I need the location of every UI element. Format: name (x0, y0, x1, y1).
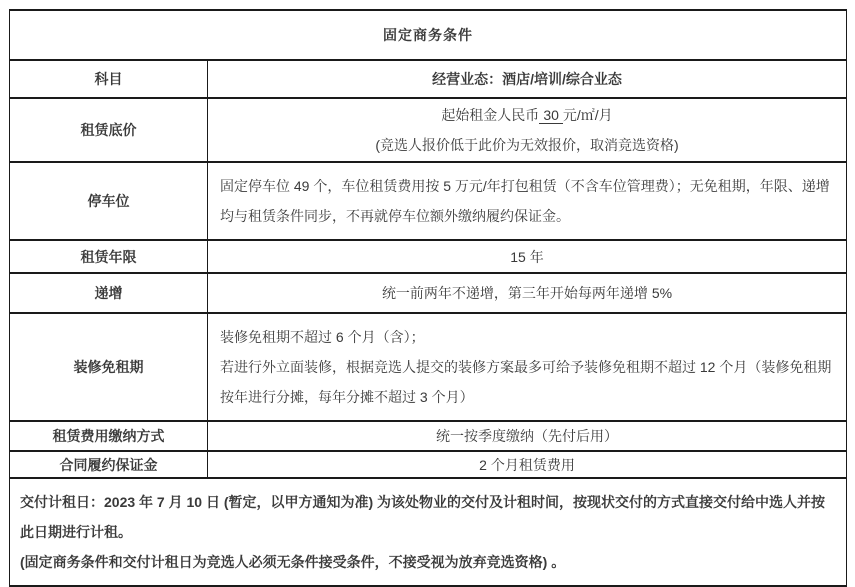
page-title: 固定商务条件 (10, 10, 847, 60)
row-label-rent-floor: 租赁底价 (10, 98, 208, 162)
row-value-escalation: 统一前两年不递增，第三年开始每两年递增 5% (208, 273, 847, 313)
row-value-parking: 固定停车位 49 个，车位租赁费用按 5 万元/年打包租赁（不含车位管理费）；无… (208, 162, 847, 240)
fitout-line-2: 若进行外立面装修，根据竞选人提交的装修方案最多可给予装修免租期不超过 12 个月… (220, 352, 834, 412)
row-label-payment-method: 租赁费用缴纳方式 (10, 421, 208, 451)
fitout-line-1: 装修免租期不超过 6 个月（含）； (220, 322, 834, 352)
table-row-deposit: 合同履约保证金 2 个月租赁费用 (10, 451, 847, 478)
document-page: 固定商务条件 科目 经营业态：酒店/培训/综合业态 租赁底价 起始租金人民币30… (9, 9, 846, 549)
table-row-subject: 科目 经营业态：酒店/培训/综合业态 (10, 60, 847, 98)
row-label-subject: 科目 (10, 60, 208, 98)
row-value-subject: 经营业态：酒店/培训/综合业态 (208, 60, 847, 98)
table-title-row: 固定商务条件 (10, 10, 847, 60)
rent-floor-value-line: 起始租金人民币30元/㎡/月 (209, 100, 845, 130)
table-row-escalation: 递增 统一前两年不递增，第三年开始每两年递增 5% (10, 273, 847, 313)
rent-floor-suffix: 元/㎡/月 (563, 107, 613, 123)
table-row-rent-floor: 租赁底价 起始租金人民币30元/㎡/月 (竞选人报价低于此价为无效报价，取消竞选… (10, 98, 847, 162)
table-footer-row: 交付计租日：2023 年 7 月 10 日 (暂定，以甲方通知为准) 为该处物业… (10, 478, 847, 549)
table-row-payment-method: 租赁费用缴纳方式 统一按季度缴纳（先付后用） (10, 421, 847, 451)
row-label-escalation: 递增 (10, 273, 208, 313)
footer-note: 交付计租日：2023 年 7 月 10 日 (暂定，以甲方通知为准) 为该处物业… (10, 478, 847, 549)
row-value-lease-term: 15 年 (208, 240, 847, 273)
row-label-fitout-rent-free: 装修免租期 (10, 313, 208, 421)
row-value-deposit: 2 个月租赁费用 (208, 451, 847, 478)
rent-floor-prefix: 起始租金人民币 (441, 107, 539, 123)
footer-line-1: 交付计租日：2023 年 7 月 10 日 (暂定，以甲方通知为准) 为该处物业… (20, 487, 836, 547)
fixed-business-terms-table: 固定商务条件 科目 经营业态：酒店/培训/综合业态 租赁底价 起始租金人民币30… (9, 9, 847, 549)
row-label-parking: 停车位 (10, 162, 208, 240)
row-label-lease-term: 租赁年限 (10, 240, 208, 273)
table-row-parking: 停车位 固定停车位 49 个，车位租赁费用按 5 万元/年打包租赁（不含车位管理… (10, 162, 847, 240)
row-value-payment-method: 统一按季度缴纳（先付后用） (208, 421, 847, 451)
row-value-rent-floor: 起始租金人民币30元/㎡/月 (竞选人报价低于此价为无效报价，取消竞选资格) (208, 98, 847, 162)
rent-floor-amount: 30 (539, 107, 563, 124)
rent-floor-note: (竞选人报价低于此价为无效报价，取消竞选资格) (209, 130, 845, 160)
table-row-fitout-rent-free: 装修免租期 装修免租期不超过 6 个月（含）； 若进行外立面装修，根据竞选人提交… (10, 313, 847, 421)
row-value-fitout-rent-free: 装修免租期不超过 6 个月（含）； 若进行外立面装修，根据竞选人提交的装修方案最… (208, 313, 847, 421)
row-label-deposit: 合同履约保证金 (10, 451, 208, 478)
table-row-lease-term: 租赁年限 15 年 (10, 240, 847, 273)
